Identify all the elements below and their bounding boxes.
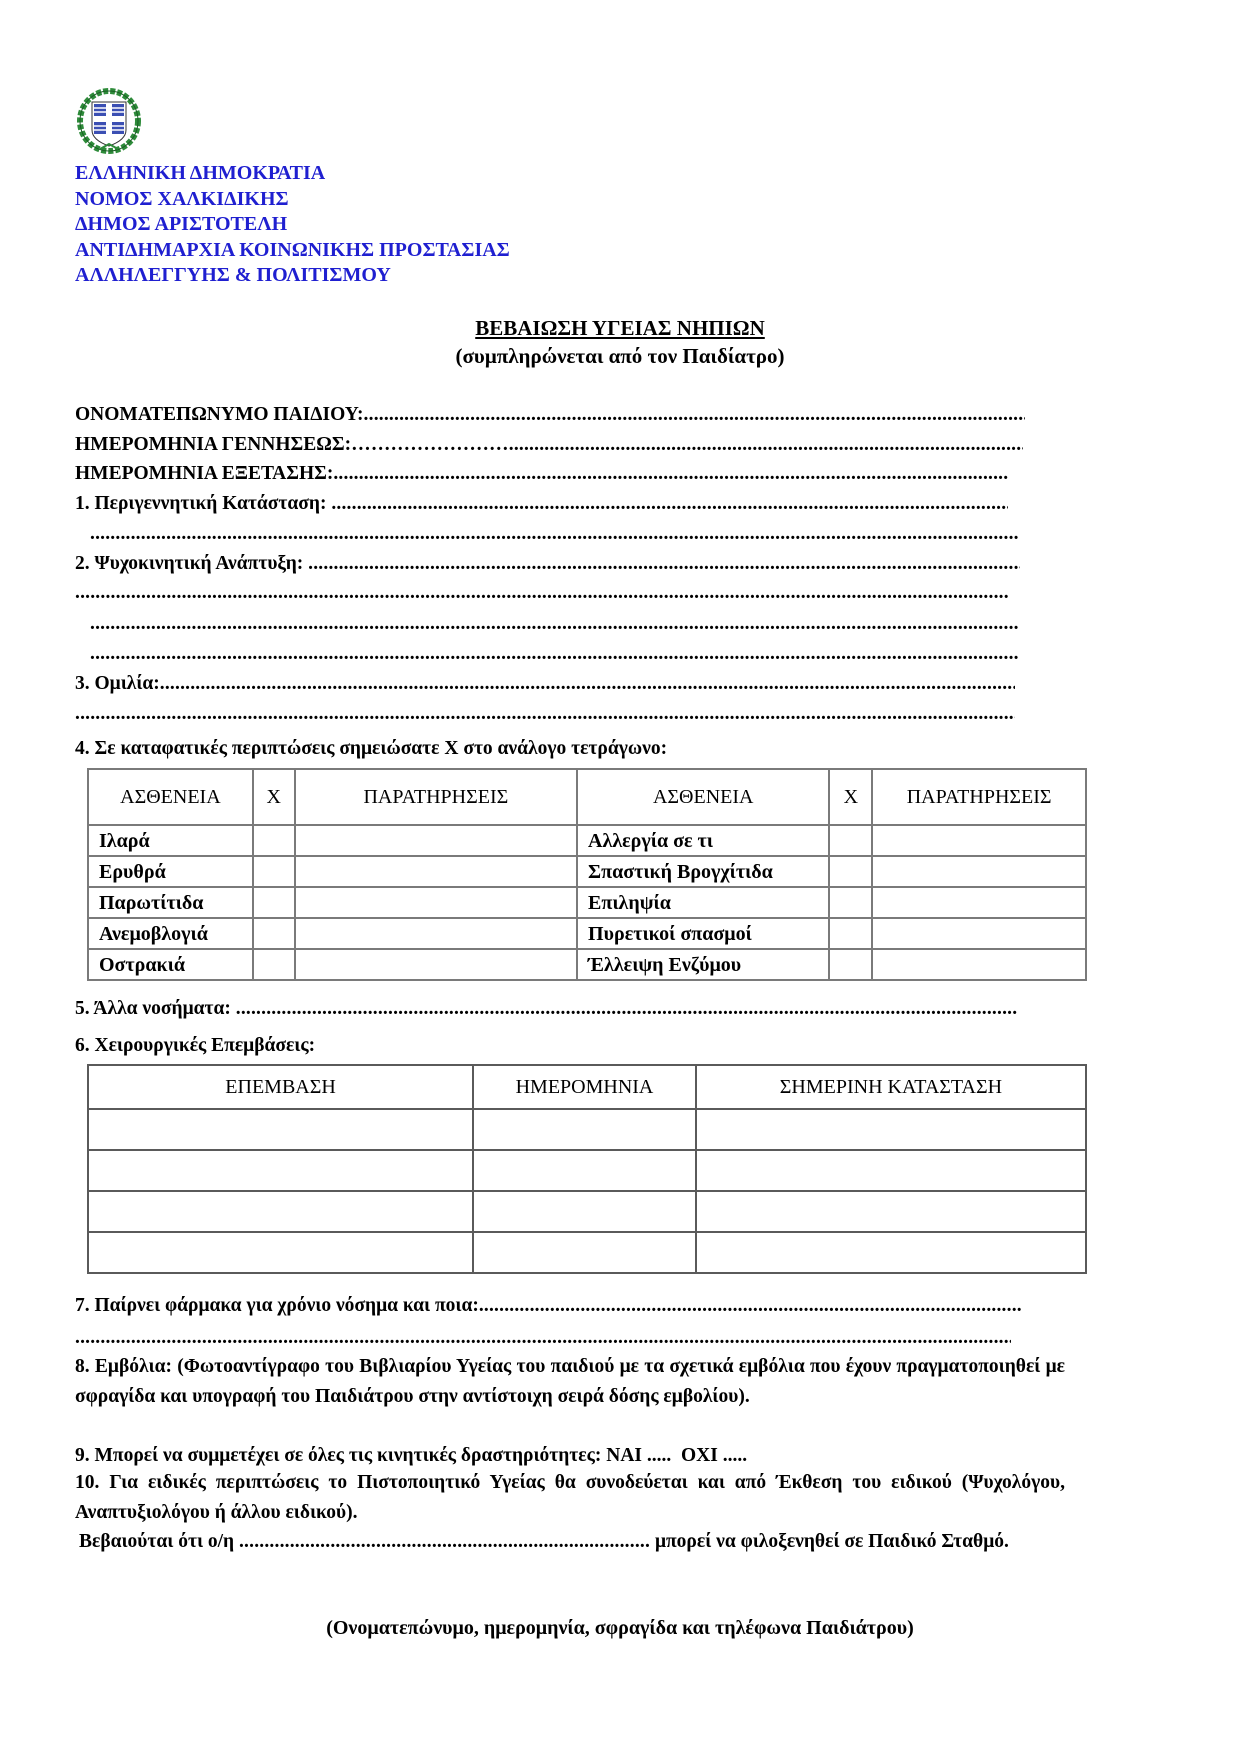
disease-remarks-input[interactable] [295, 949, 577, 980]
procedure-input[interactable] [88, 1232, 473, 1273]
org-line: ΝΟΜΟΣ ΧΑΛΚΙΔΙΚΗΣ [75, 187, 510, 213]
exam-date-input[interactable]: ........................................… [333, 463, 1009, 484]
disease-checkbox[interactable] [253, 918, 295, 949]
medication-field[interactable]: 7. Παίρνει φάρμακα για χρόνιο νόσημα και… [75, 1293, 1022, 1319]
exam-date-label: ΗΜΕΡΟΜΗΝΙΑ ΕΞΕΤΑΣΗΣ: [75, 463, 333, 484]
birth-date-label: ΗΜΕΡΟΜΗΝΙΑ ΓΕΝΝΗΣΕΩΣ: [75, 434, 351, 455]
table-row: Ανεμοβλογιά Πυρετικοί σπασμοί [88, 918, 1086, 949]
org-line: ΕΛΛΗΝΙΚΗ ΔΗΜΟΚΡΑΤΙΑ [75, 161, 510, 187]
disease-remarks-input[interactable] [872, 949, 1086, 980]
certified-child-name-input[interactable]: ........................................… [239, 1531, 650, 1552]
medication-input[interactable]: ........................................… [479, 1295, 1022, 1316]
disease-remarks-input[interactable] [295, 887, 577, 918]
speech-field[interactable]: 3. Ομιλία:..............................… [75, 671, 1015, 697]
disease-remarks-input[interactable] [295, 856, 577, 887]
psychomotor-field[interactable]: 2. Ψυχοκινητική Ανάπτυξη: ..............… [75, 551, 1020, 577]
column-header-disease: ΑΣΘΕΝΕΙΑ [88, 769, 253, 825]
issuing-organization: ΕΛΛΗΝΙΚΗ ΔΗΜΟΚΡΑΤΙΑ ΝΟΜΟΣ ΧΑΛΚΙΔΙΚΗΣ ΔΗΜ… [75, 161, 510, 289]
column-header-x: Χ [829, 769, 872, 825]
disease-name: Ερυθρά [88, 856, 253, 887]
psychomotor-continuation-line[interactable]: ........................................… [90, 641, 1018, 667]
org-line: ΑΛΛΗΛΕΓΓΥΗΣ & ΠΟΛΙΤΙΣΜΟΥ [75, 263, 510, 289]
column-header-date: ΗΜΕΡΟΜΗΝΙΑ [473, 1065, 696, 1109]
procedure-input[interactable] [88, 1109, 473, 1150]
speech-continuation-line[interactable]: ........................................… [75, 701, 1015, 727]
speech-label: 3. Ομιλία: [75, 673, 160, 694]
table-row: Παρωτίτιδα Επιληψία [88, 887, 1086, 918]
perinatal-label: 1. Περιγεννητική Κατάσταση: [75, 493, 326, 514]
column-header-procedure: ΕΠΕΜΒΑΣΗ [88, 1065, 473, 1109]
current-status-input[interactable] [696, 1109, 1086, 1150]
activities-field: 9. Μπορεί να συμμετέχει σε όλες τις κινη… [75, 1443, 1075, 1469]
table-row [88, 1232, 1086, 1273]
disease-remarks-input[interactable] [872, 918, 1086, 949]
disease-checkbox[interactable] [253, 856, 295, 887]
table-row: Ερυθρά Σπαστική Βρογχίτιδα [88, 856, 1086, 887]
disease-checkbox[interactable] [829, 949, 872, 980]
current-status-input[interactable] [696, 1232, 1086, 1273]
disease-remarks-input[interactable] [295, 825, 577, 856]
org-line: ΑΝΤΙΔΗΜΑΡΧΙΑ ΚΟΙΝΩΝΙΚΗΣ ΠΡΟΣΤΑΣΙΑΣ [75, 238, 510, 264]
disease-checkbox[interactable] [253, 949, 295, 980]
disease-checkbox[interactable] [829, 918, 872, 949]
table-header-row: ΕΠΕΜΒΑΣΗ ΗΜΕΡΟΜΗΝΙΑ ΣΗΜΕΡΙΝΗ ΚΑΤΑΣΤΑΣΗ [88, 1065, 1086, 1109]
psychomotor-label: 2. Ψυχοκινητική Ανάπτυξη: [75, 553, 303, 574]
child-name-input[interactable]: ........................................… [364, 404, 1025, 425]
child-name-field[interactable]: ΟΝΟΜΑΤΕΠΩΝΥΜΟ ΠΑΙΔΙΟΥ:..................… [75, 402, 1025, 428]
disease-remarks-input[interactable] [872, 825, 1086, 856]
other-diseases-label: 5. Άλλα νοσήματα: [75, 998, 231, 1019]
table-row [88, 1109, 1086, 1150]
diseases-section-label: 4. Σε καταφατικές περιπτώσεις σημειώσατε… [75, 736, 1075, 762]
child-name-label: ΟΝΟΜΑΤΕΠΩΝΥΜΟ ΠΑΙΔΙΟΥ: [75, 404, 364, 425]
current-status-input[interactable] [696, 1191, 1086, 1232]
table-row: Οστρακιά Έλλειψη Ενζύμου [88, 949, 1086, 980]
disease-checkbox[interactable] [829, 825, 872, 856]
psychomotor-input[interactable]: ........................................… [308, 553, 1020, 574]
disease-name: Σπαστική Βρογχίτιδα [577, 856, 829, 887]
date-input[interactable] [473, 1232, 696, 1273]
medication-continuation-line[interactable]: ........................................… [75, 1325, 1011, 1351]
exam-date-field[interactable]: ΗΜΕΡΟΜΗΝΙΑ ΕΞΕΤΑΣΗΣ:....................… [75, 461, 1009, 487]
disease-name: Έλλειψη Ενζύμου [577, 949, 829, 980]
column-header-remarks: ΠΑΡΑΤΗΡΗΣΕΙΣ [872, 769, 1086, 825]
disease-checkbox[interactable] [829, 856, 872, 887]
date-input[interactable] [473, 1109, 696, 1150]
procedure-input[interactable] [88, 1191, 473, 1232]
table-row [88, 1191, 1086, 1232]
speech-input[interactable]: ........................................… [160, 673, 1015, 694]
certification-suffix: μπορεί να φιλοξενηθεί σε Παιδικό Σταθμό. [655, 1531, 1009, 1552]
date-input[interactable] [473, 1191, 696, 1232]
date-input[interactable] [473, 1150, 696, 1191]
special-cases-note: 10. Για ειδικές περιπτώσεις το Πιστοποιη… [75, 1468, 1065, 1528]
org-line: ΔΗΜΟΣ ΑΡΙΣΤΟΤΕΛΗ [75, 212, 510, 238]
disease-remarks-input[interactable] [295, 918, 577, 949]
psychomotor-continuation-line[interactable]: ........................................… [90, 611, 1018, 637]
activities-yes-option[interactable]: ΝΑΙ ..... [606, 1445, 671, 1466]
disease-name: Ανεμοβλογιά [88, 918, 253, 949]
column-header-disease: ΑΣΘΕΝΕΙΑ [577, 769, 829, 825]
surgery-table: ΕΠΕΜΒΑΣΗ ΗΜΕΡΟΜΗΝΙΑ ΣΗΜΕΡΙΝΗ ΚΑΤΑΣΤΑΣΗ [87, 1064, 1087, 1274]
perinatal-field[interactable]: 1. Περιγεννητική Κατάσταση: ............… [75, 491, 1008, 517]
perinatal-continuation-line[interactable]: ........................................… [90, 521, 1018, 547]
disease-checkbox[interactable] [253, 825, 295, 856]
disease-name: Ιλαρά [88, 825, 253, 856]
table-row [88, 1150, 1086, 1191]
health-certificate-page: ΕΛΛΗΝΙΚΗ ΔΗΜΟΚΡΑΤΙΑ ΝΟΜΟΣ ΧΑΛΚΙΔΙΚΗΣ ΔΗΜ… [0, 0, 1240, 1755]
greek-coat-of-arms-icon [76, 88, 142, 156]
disease-name: Αλλεργία σε τι [577, 825, 829, 856]
disease-checkbox[interactable] [829, 887, 872, 918]
document-title: ΒΕΒΑΙΩΣΗ ΥΓΕΙΑΣ ΝΗΠΙΩΝ [0, 316, 1240, 341]
activities-label: 9. Μπορεί να συμμετέχει σε όλες τις κινη… [75, 1445, 601, 1466]
disease-remarks-input[interactable] [872, 887, 1086, 918]
surgery-section-label: 6. Χειρουργικές Επεμβάσεις: [75, 1033, 675, 1059]
disease-name: Παρωτίτιδα [88, 887, 253, 918]
vaccines-note: 8. Εμβόλια: (Φωτοαντίγραφο του Βιβλιαρίο… [75, 1352, 1065, 1412]
birth-date-field[interactable]: ΗΜΕΡΟΜΗΝΙΑ ΓΕΝΝΗΣΕΩΣ:……………………...........… [75, 432, 1023, 458]
disease-name: Πυρετικοί σπασμοί [577, 918, 829, 949]
procedure-input[interactable] [88, 1150, 473, 1191]
disease-name: Οστρακιά [88, 949, 253, 980]
other-diseases-input[interactable]: ........................................… [236, 998, 1017, 1019]
document-subtitle: (συμπληρώνεται από τον Παιδίατρο) [0, 344, 1240, 369]
birth-date-input[interactable]: ……………………................................… [351, 434, 1023, 455]
pediatrician-signature-note: (Ονοματεπώνυμο, ημερομηνία, σφραγίδα και… [0, 1617, 1240, 1640]
disease-checkbox[interactable] [253, 887, 295, 918]
current-status-input[interactable] [696, 1150, 1086, 1191]
column-header-remarks: ΠΑΡΑΤΗΡΗΣΕΙΣ [295, 769, 577, 825]
table-header-row: ΑΣΘΕΝΕΙΑ Χ ΠΑΡΑΤΗΡΗΣΕΙΣ ΑΣΘΕΝΕΙΑ Χ ΠΑΡΑΤ… [88, 769, 1086, 825]
column-header-x: Χ [253, 769, 295, 825]
column-header-current-status: ΣΗΜΕΡΙΝΗ ΚΑΤΑΣΤΑΣΗ [696, 1065, 1086, 1109]
disease-remarks-input[interactable] [872, 856, 1086, 887]
diseases-table: ΑΣΘΕΝΕΙΑ Χ ΠΑΡΑΤΗΡΗΣΕΙΣ ΑΣΘΕΝΕΙΑ Χ ΠΑΡΑΤ… [87, 768, 1087, 981]
medication-label: 7. Παίρνει φάρμακα για χρόνιο νόσημα και… [75, 1295, 479, 1316]
psychomotor-continuation-line[interactable]: ........................................… [75, 580, 1009, 606]
perinatal-input[interactable]: ........................................… [331, 493, 1008, 514]
table-row: Ιλαρά Αλλεργία σε τι [88, 825, 1086, 856]
other-diseases-field[interactable]: 5. Άλλα νοσήματα: ......................… [75, 996, 1017, 1022]
certification-prefix: Βεβαιούται ότι ο/η [79, 1531, 234, 1552]
activities-no-option[interactable]: ΟΧΙ ..... [681, 1445, 747, 1466]
certification-statement: Βεβαιούται ότι ο/η .....................… [75, 1527, 1065, 1557]
disease-name: Επιληψία [577, 887, 829, 918]
